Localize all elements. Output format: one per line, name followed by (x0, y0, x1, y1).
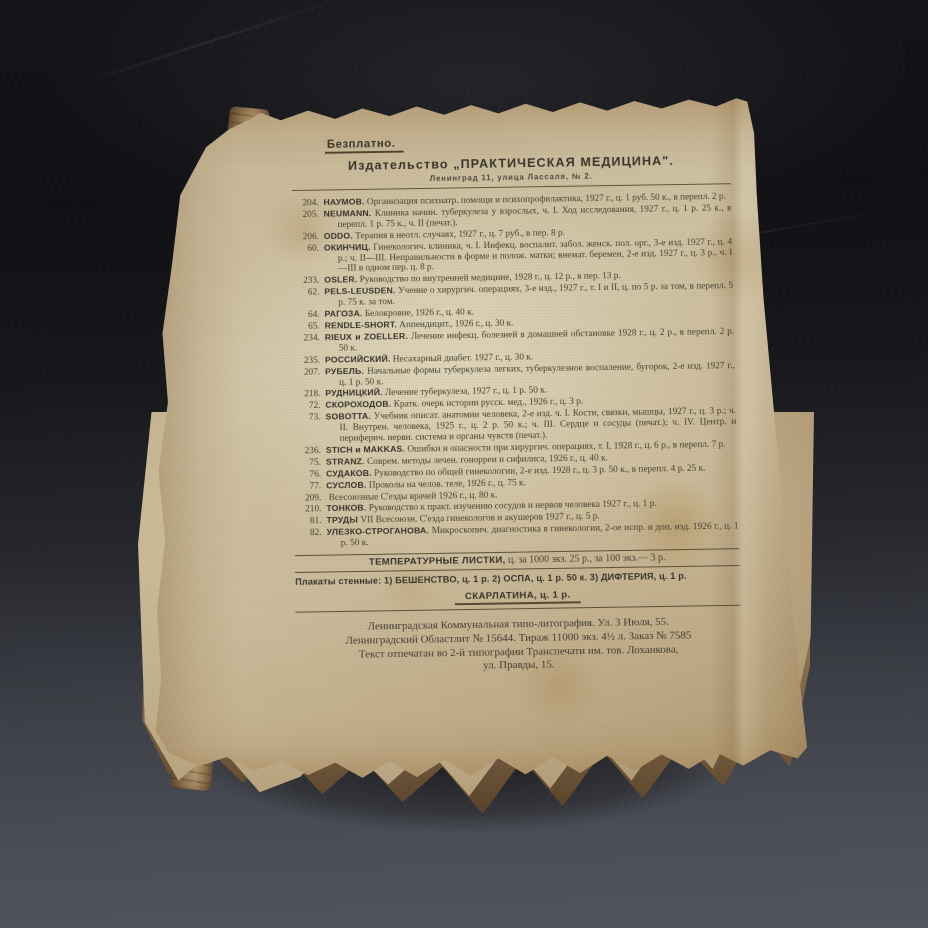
entry-text: Гинекологич. клиника, ч. I. Инфекц. восп… (338, 237, 733, 274)
entry-number: 210. (295, 505, 322, 516)
entry-author: СКОРОХОДОВ. (325, 399, 391, 410)
entry-number: 72. (294, 401, 321, 412)
entry-author: RENDLE-SHORT. (325, 320, 397, 331)
entry-author: НАУМОВ. (323, 197, 364, 207)
entry-number: 206. (292, 232, 319, 243)
entry-number: 236. (294, 446, 321, 457)
entry-author: ТРУДЫ (326, 515, 358, 525)
entry-number: 60. (292, 243, 319, 254)
entry-author: РАГОЗА. (325, 308, 363, 318)
entry-number: 209. (294, 493, 321, 504)
entry-text: Несахарный диабет. 1927 г., ц. 30 к. (393, 352, 533, 364)
entry-author: RIEUX и ZOELLER. (325, 331, 408, 342)
entry-author: STICH и MAKKAS. (326, 444, 405, 455)
entry-author: ОКИНЧИЦ. (324, 242, 371, 252)
entry-number: 73. (294, 413, 321, 424)
entry-author: ТОНКОВ. (326, 503, 366, 514)
divider (292, 183, 731, 191)
entry-author: PELS-LEUSDEN. (324, 286, 395, 297)
printing-imprint: Ленинградская Коммунальная типо-литограф… (296, 615, 742, 677)
entry-text: Белокровие, 1926 г., ц. 40 к. (365, 308, 474, 319)
catalog-list: 204.НАУМОВ. Организация психиатр. помощи… (292, 191, 739, 550)
entry-author: РУДНИЦКИЙ. (325, 388, 382, 399)
entry-author: СУСЛОВ. (326, 480, 366, 490)
entry-number: 62. (293, 288, 320, 299)
entry-author: РУБЕЛЬ. (325, 366, 364, 376)
entry-author: NEUMANN. (324, 208, 372, 218)
entry-number: 76. (294, 470, 321, 481)
entry-author: УЛЕЗКО-СТРОГАНОВА. (327, 526, 430, 537)
entry-number: 77. (294, 481, 321, 492)
entry-number: 75. (294, 458, 321, 469)
entry-number: 64. (293, 310, 320, 321)
entry-text: Учебник описат. анатомии человека, 2-е и… (339, 406, 736, 443)
surface-scratch (67, 0, 353, 89)
entry-author: РОССИЙСКИЙ. (325, 354, 391, 365)
book-back-cover: Безплатно. Издательство „ПРАКТИЧЕСКАЯ МЕ… (138, 92, 818, 782)
entry-text: Проколы на челов. теле, 1926 г., ц. 75 к… (369, 478, 526, 490)
wall-posters-label: Плакаты стенные: (295, 576, 381, 587)
entry-number: 233. (293, 276, 320, 287)
entry-number: 82. (295, 528, 322, 539)
entry-number: 218. (294, 390, 321, 401)
entry-number: 207. (293, 367, 320, 378)
entry-number: 81. (295, 516, 322, 527)
entry-number: 205. (292, 210, 319, 221)
entry-author: OSLER. (324, 275, 357, 285)
entry-number: 65. (293, 322, 320, 333)
entry-author: STRANZ. (326, 456, 365, 466)
temperature-sheets-price: ц. за 1000 экз. 25 р., за 100 экз.— 3 р. (505, 552, 665, 565)
entry-number: 204. (292, 198, 319, 209)
scarlatina-poster-label: СКАРЛАТИНА, ц. 1 р. (455, 589, 581, 605)
photo-background: Безплатно. Издательство „ПРАКТИЧЕСКАЯ МЕ… (0, 0, 928, 928)
temperature-sheets-title: ТЕМПЕРАТУРНЫЕ ЛИСТКИ, (369, 555, 506, 568)
entry-author: СУДАКОВ. (326, 468, 372, 479)
free-of-charge-label: Безплатно. (325, 138, 404, 154)
book: Безплатно. Издательство „ПРАКТИЧЕСКАЯ МЕ… (138, 92, 818, 814)
entry-author: SOBOTTA. (325, 411, 371, 422)
entry-number: 234. (293, 333, 320, 344)
entry-text: Аппендицит., 1926 г., ц. 30 к. (399, 319, 513, 331)
printed-text-block: Безплатно. Издательство „ПРАКТИЧЕСКАЯ МЕ… (291, 129, 742, 677)
entry-number: 235. (293, 356, 320, 367)
entry-author: ODDO. (324, 230, 353, 240)
